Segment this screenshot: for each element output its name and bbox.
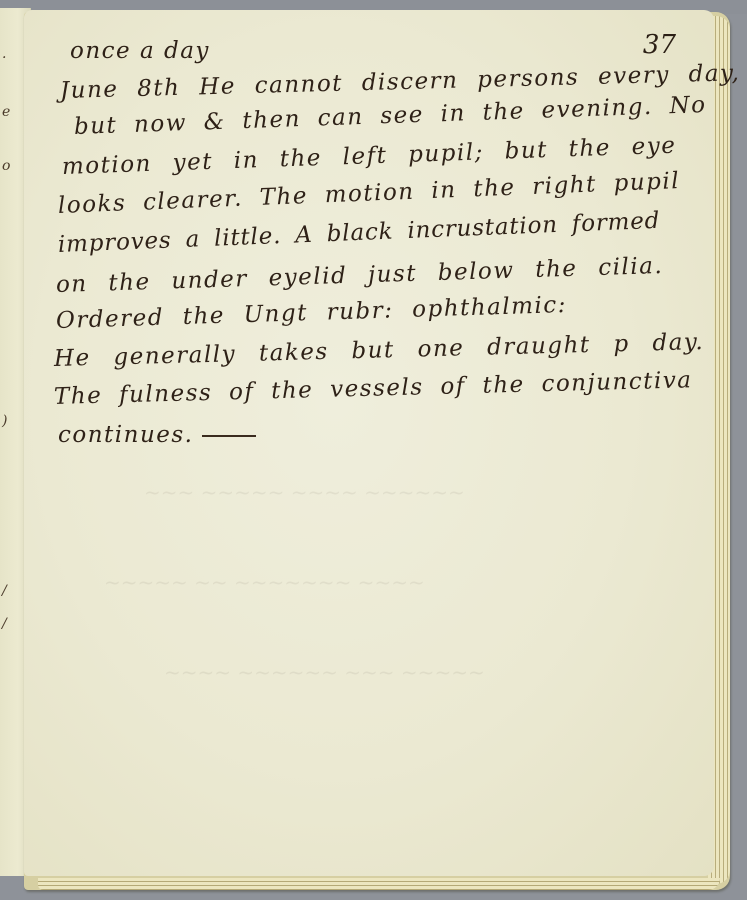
bottom-edge bbox=[38, 878, 720, 890]
left-mark: / bbox=[2, 616, 7, 632]
manuscript-line-1: once a day bbox=[70, 38, 210, 64]
left-mark: . bbox=[2, 46, 6, 62]
manuscript-line-8: Ordered the Ungt rubr: ophthalmic: bbox=[56, 292, 568, 334]
manuscript-line-11-text: continues. bbox=[58, 422, 194, 448]
manuscript-line-11: continues. bbox=[58, 422, 256, 448]
show-through-text: ~~~~~ ~~ ~~~~~~~ ~~~~ bbox=[104, 570, 425, 594]
manuscript-line-10: The fulness of the vessels of the conjun… bbox=[54, 367, 693, 410]
manuscript-page: 37 once a day June 8th He cannot discern… bbox=[24, 10, 714, 876]
manuscript-line-9: He generally takes but one draught p day… bbox=[54, 329, 705, 372]
left-mark: ) bbox=[2, 413, 7, 429]
manuscript-line-7: on the under eyelid just below the cilia… bbox=[56, 253, 664, 298]
left-mark: o bbox=[2, 158, 10, 174]
show-through-text: ~~~~ ~~~~~~ ~~~ ~~~~~ bbox=[164, 660, 485, 684]
closing-dash bbox=[202, 435, 256, 437]
left-mark: / bbox=[2, 583, 7, 599]
show-through-text: ~~~ ~~~~~ ~~~~ ~~~~~~ bbox=[144, 480, 465, 504]
left-mark: e bbox=[2, 104, 10, 120]
page-number: 37 bbox=[643, 30, 676, 60]
